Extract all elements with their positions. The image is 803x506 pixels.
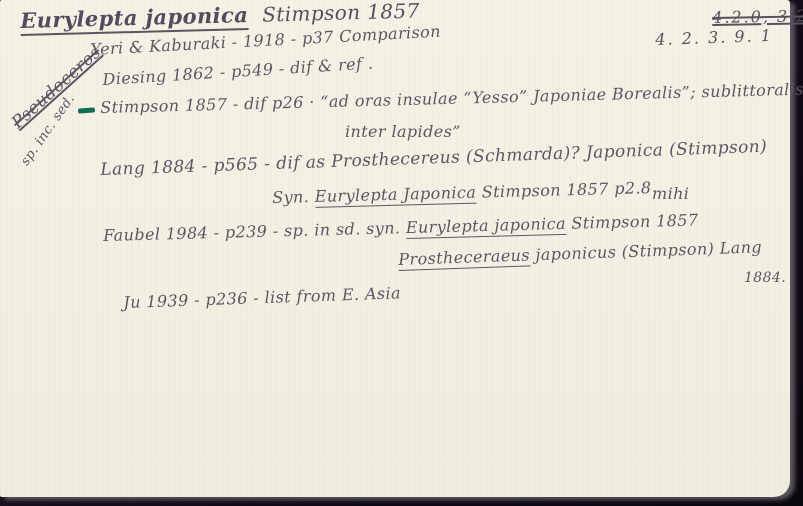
entry-faubel-synonym: Prostheceraeus japonicus (Stimpson) Lang [398, 237, 762, 269]
index-card: Eurylepta japonicaStimpson 1857 4.2.0, 3… [0, 0, 790, 497]
faubel-species: Eurylepta japonica [406, 214, 567, 239]
lang-syn-species: Eurylepta Japonica [314, 183, 476, 208]
title-author: Stimpson 1857 [262, 0, 420, 27]
entry-lang-synonym: Syn. Eurylepta Japonica Stimpson 1857 p2… [272, 178, 652, 207]
green-highlight-dash [78, 107, 95, 113]
faubel-syn-rest: japonicus (Stimpson) Lang [535, 237, 762, 264]
title-species-name: Eurylepta japonica [20, 2, 249, 36]
catalog-code: 4. 2. 3. 9. 1 [655, 26, 773, 49]
catalog-code-struck: 4.2.0, 3.2 [712, 6, 803, 27]
entry-faubel: Faubel 1984 - p239 - sp. in sd. syn. Eur… [103, 210, 699, 245]
entry-diesing: Diesing 1862 - p549 - dif & ref . [102, 53, 374, 89]
lang-syn-mihi: mihi [652, 184, 689, 203]
entry-stimpson: Stimpson 1857 - dif p26 · “ad oras insul… [100, 80, 803, 117]
entry-ju: Ju 1939 - p236 - list from E. Asia [123, 283, 401, 312]
entry-lang: Lang 1884 - p565 - dif as Prosthecereus … [100, 137, 767, 180]
faubel-prefix: Faubel 1984 - p239 - sp. in sd. syn. [103, 218, 401, 245]
faubel-rest: Stimpson 1857 [571, 210, 699, 232]
lang-syn-rest: Stimpson 1857 p2.8 [481, 178, 651, 201]
faubel-syn-species: Prostheceraeus [398, 245, 530, 271]
entry-stimpson-continuation: inter lapides” [345, 122, 461, 141]
faubel-syn-year: 1884. [744, 270, 786, 286]
lang-syn-prefix: Syn. [272, 187, 309, 207]
